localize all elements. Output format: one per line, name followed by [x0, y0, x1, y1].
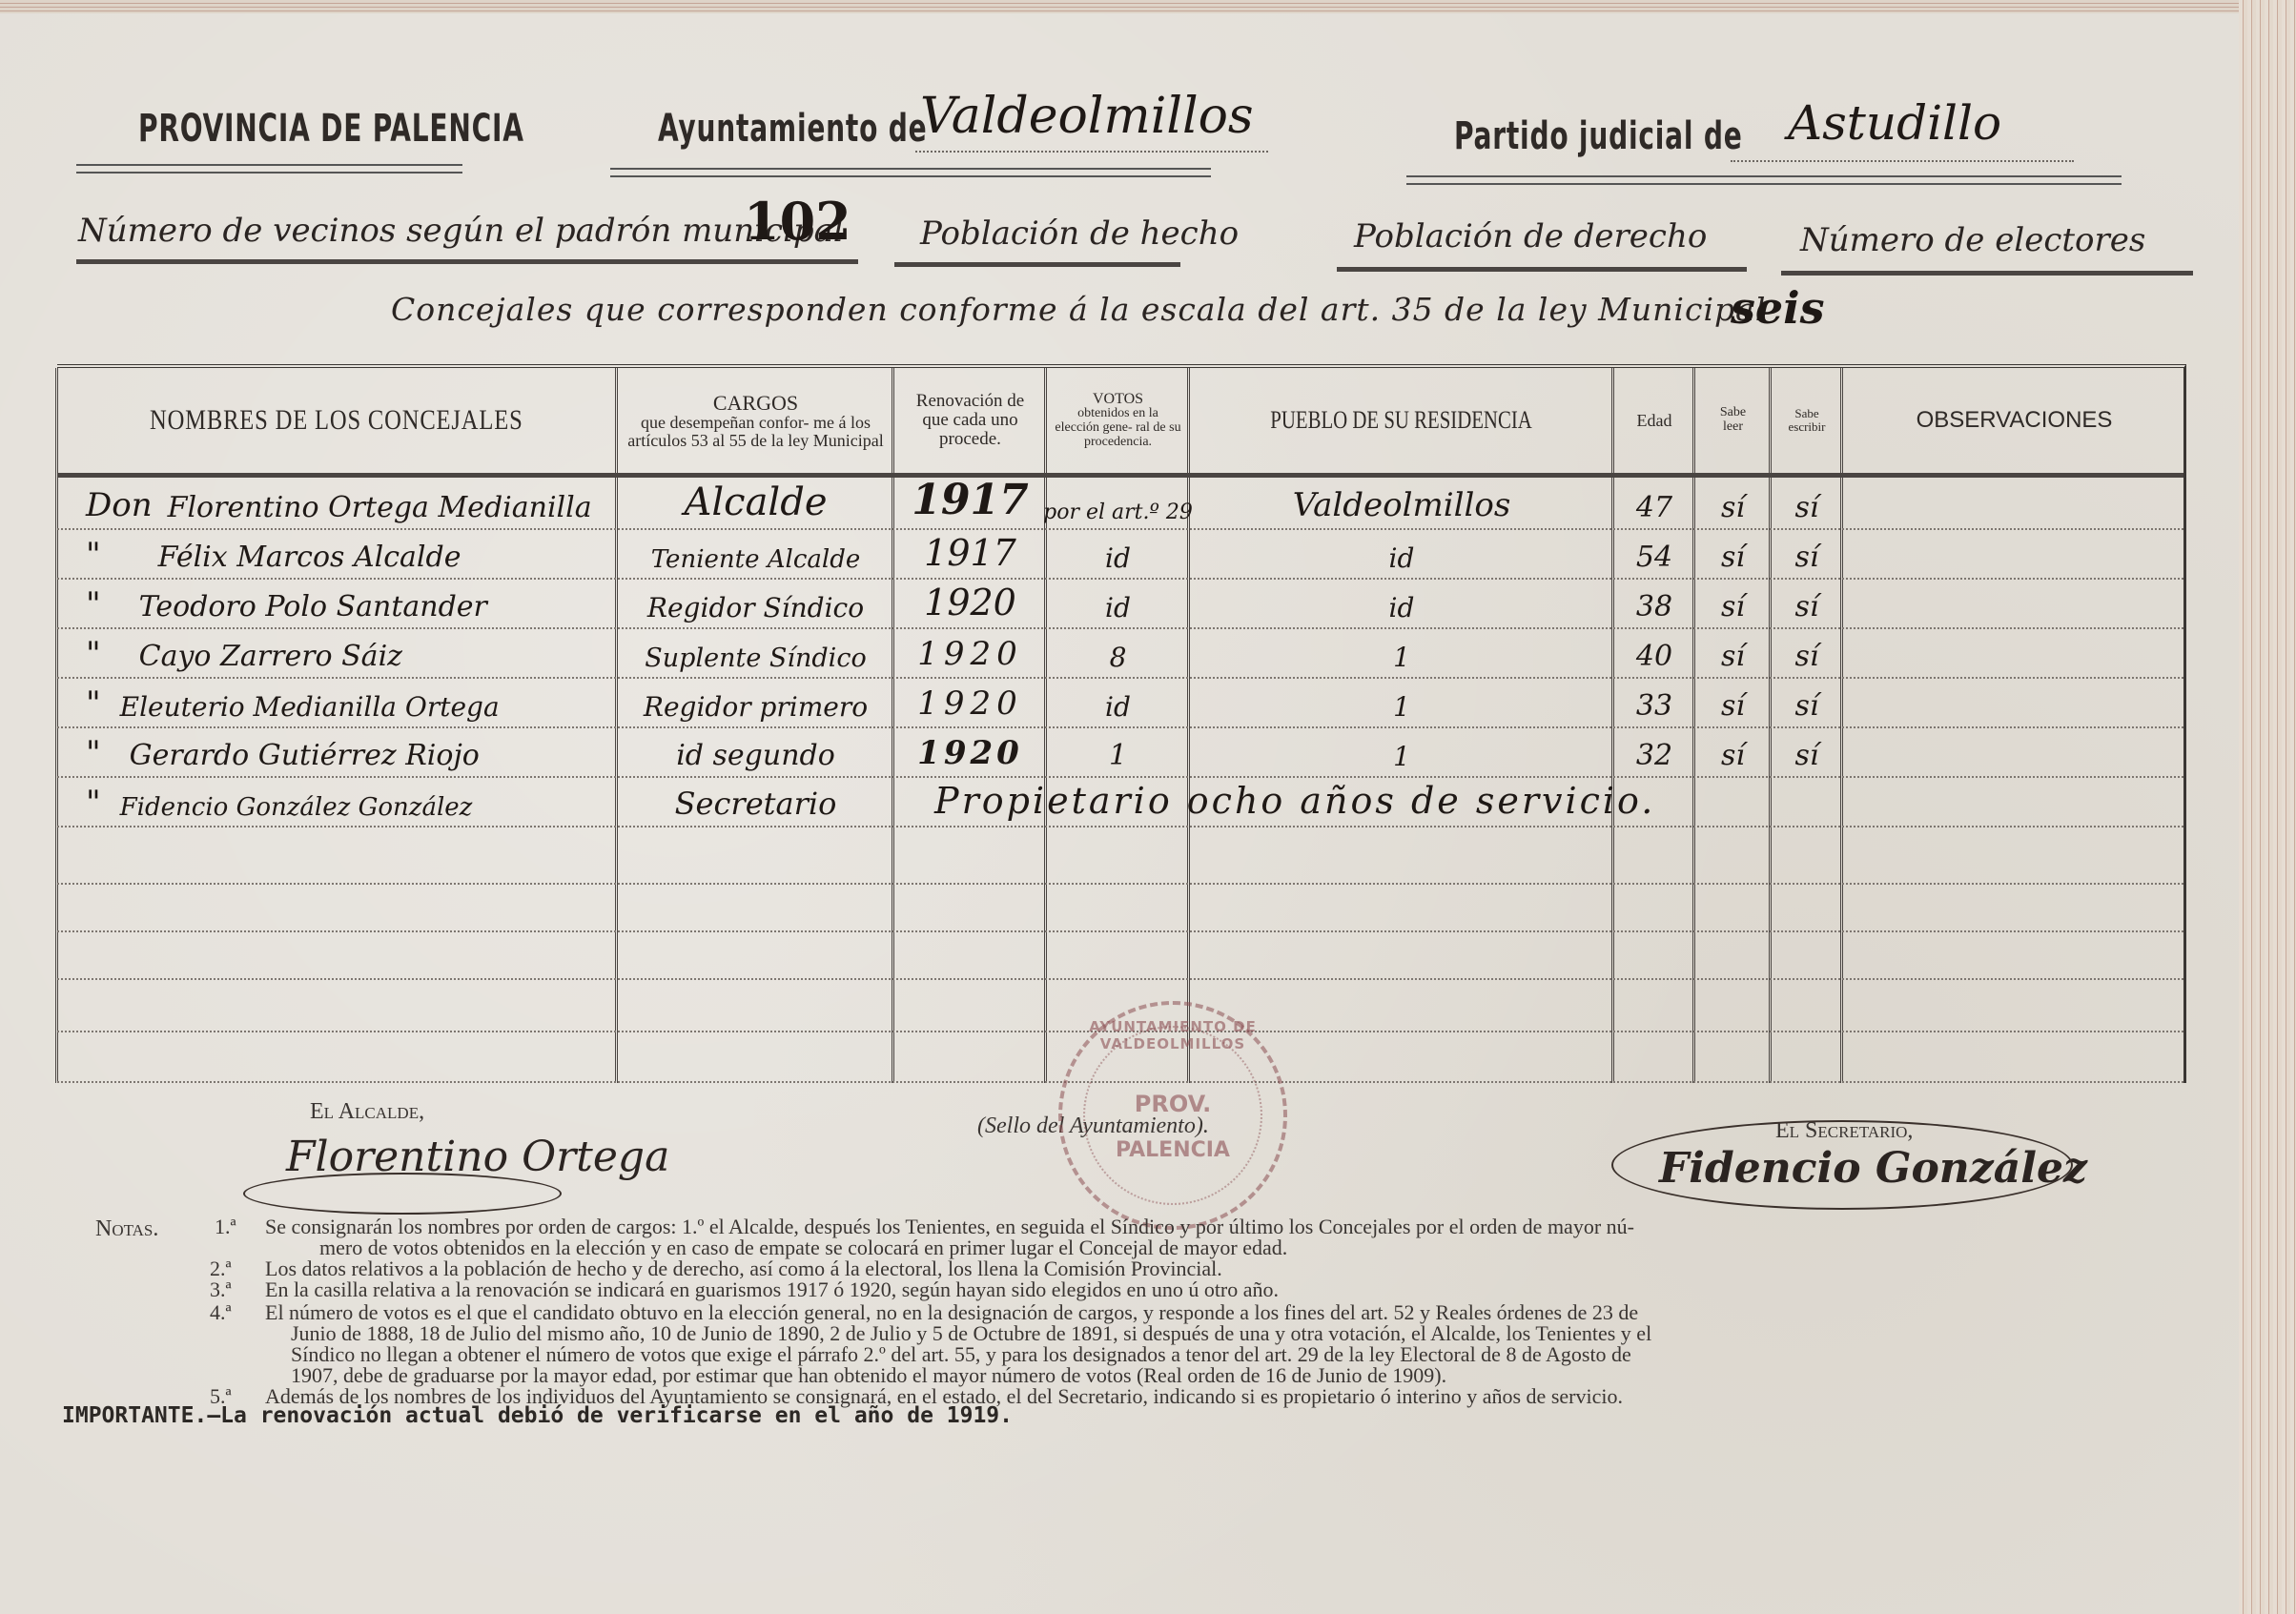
row-votos-text: por el art.º 29	[1043, 501, 1193, 524]
row-cargo: Regidor primero	[620, 681, 892, 726]
header-edad-text: Edad	[1637, 412, 1672, 430]
ayuntamiento-value: Valdeolmillos	[920, 88, 1254, 145]
row-observaciones	[1845, 681, 2183, 726]
header-rule	[894, 262, 1180, 267]
row-escribir-text: sí	[1795, 541, 1819, 574]
note-number: 1.ª	[215, 1216, 236, 1238]
header-edad: Edad	[1616, 368, 1692, 473]
header-renovacion: Renovación de que cada uno procede.	[896, 368, 1044, 473]
notes-label: Notas.	[95, 1217, 158, 1240]
row-renovacion-text: 1920	[917, 635, 1023, 673]
row-prefix: "	[86, 635, 101, 673]
ayuntamiento-label: Ayuntamiento de	[658, 107, 927, 151]
row-pueblo: Valdeolmillos	[1192, 482, 1611, 528]
stamp-text-center: PROV.	[1062, 1091, 1283, 1117]
row-name: Cayo Zarrero Sáiz	[139, 640, 402, 673]
row-dotted-rule	[57, 528, 2183, 530]
row-cargo-text: Regidor Síndico	[647, 592, 864, 623]
row-pueblo: 1	[1192, 681, 1611, 726]
row-name-cell: " Eleuterio Medianilla Ortega	[57, 681, 615, 726]
importante-note: IMPORTANTE.—La renovación actual debió d…	[62, 1404, 1013, 1427]
empty-row-rule	[57, 930, 2183, 932]
row-name-cell: " Fidencio González González	[57, 780, 615, 826]
row-cargo-text: Teniente Alcalde	[651, 545, 861, 574]
row-name: Gerardo Gutiérrez Riojo	[130, 739, 480, 772]
header-sabe-escribir-text: Sabe escribir	[1781, 407, 1833, 433]
header-sabe-escribir: Sabe escribir	[1773, 368, 1840, 473]
header-nombres-text: NOMBRES DE LOS CONCEJALES	[150, 405, 523, 436]
row-prefix: "	[86, 684, 101, 723]
row-prefix: "	[86, 784, 101, 822]
row-edad: 40	[1616, 631, 1692, 677]
table-row: " Cayo Zarrero Sáiz Suplente Síndico 192…	[57, 631, 2183, 677]
row-leer: sí	[1697, 532, 1769, 578]
header-cargos-title: CARGOS	[713, 392, 798, 414]
row-votos-text: 8	[1110, 642, 1127, 673]
row-pueblo: 1	[1192, 730, 1611, 776]
row-observaciones	[1845, 730, 2183, 776]
row-name-cell: " Félix Marcos Alcalde	[57, 532, 615, 578]
row-observaciones	[1845, 532, 2183, 578]
row-pueblo: 1	[1192, 631, 1611, 677]
row-name-cell: Don Florentino Ortega Medianilla	[57, 482, 615, 528]
header-renovacion-text: Renovación de que cada uno procede.	[906, 392, 1035, 449]
row-votos: 1	[1049, 730, 1187, 776]
row-escribir-text: sí	[1795, 689, 1819, 723]
row-escribir: sí	[1773, 482, 1840, 528]
row-renovacion: 1917	[896, 532, 1044, 578]
row-cargo: Alcalde	[620, 482, 892, 528]
row-renovacion: 1920	[896, 730, 1044, 776]
header-sabe-leer-text: Sabe leer	[1709, 406, 1757, 434]
vecinos-value: 102	[744, 191, 851, 252]
row-name-cell: " Cayo Zarrero Sáiz	[57, 631, 615, 677]
row-dotted-rule	[57, 627, 2183, 629]
row-votos-text: id	[1105, 592, 1131, 623]
row-renovacion-text: 1920	[917, 734, 1023, 772]
table-row: " Eleuterio Medianilla Ortega Regidor pr…	[57, 681, 2183, 726]
row-pueblo-text: 1	[1393, 691, 1410, 723]
header-rule	[1337, 267, 1747, 272]
row-observaciones	[1845, 631, 2183, 677]
book-edge-right	[2239, 0, 2296, 1614]
row-renovacion: 1920	[896, 631, 1044, 677]
row-renovacion: 1920	[896, 582, 1044, 627]
row-edad-text: 38	[1636, 590, 1672, 623]
row-leer-text: sí	[1721, 689, 1745, 723]
row-prefix: Don	[86, 486, 153, 524]
row-cargo: Secretario	[620, 780, 892, 826]
row-name: Teodoro Polo Santander	[139, 590, 487, 623]
row-cargo-text: Alcalde	[685, 480, 828, 524]
row-escribir: sí	[1773, 532, 1840, 578]
row-cargo: Suplente Síndico	[620, 631, 892, 677]
header-votos: VOTOS obtenidos en la elección gene- ral…	[1049, 368, 1187, 473]
row-name-cell: " Teodoro Polo Santander	[57, 582, 615, 627]
concejales-value: seis	[1731, 282, 1825, 334]
row-escribir: sí	[1773, 730, 1840, 776]
row-span-note-text: Propietario ocho años de servicio.	[934, 780, 1655, 822]
alcalde-label: El Alcalde,	[310, 1099, 424, 1125]
row-span-note: Propietario ocho años de servicio.	[934, 780, 1850, 826]
row-escribir-text: sí	[1795, 640, 1819, 673]
header-votos-title: VOTOS	[1093, 392, 1143, 408]
empty-row-rule	[57, 978, 2183, 980]
row-renovacion-text: 1917	[912, 476, 1028, 524]
electores-label: Número de electores	[1800, 221, 2145, 259]
row-votos: id	[1049, 532, 1187, 578]
row-pueblo: id	[1192, 532, 1611, 578]
row-leer: sí	[1697, 631, 1769, 677]
row-name: Fidencio González González	[120, 793, 473, 822]
vecinos-label: Número de vecinos según el padrón munici…	[78, 212, 844, 250]
header-nombres: NOMBRES DE LOS CONCEJALES	[57, 368, 615, 473]
header-observaciones: OBSERVACIONES	[1845, 368, 2183, 473]
row-leer-text: sí	[1721, 640, 1745, 673]
row-escribir: sí	[1773, 681, 1840, 726]
header-rule	[57, 473, 2183, 478]
row-renovacion: 1920	[896, 681, 1044, 726]
partido-value: Astudillo	[1788, 95, 2001, 151]
ayuntamiento-stamp: AYUNTAMIENTO DE VALDEOLMILLOS PROV. PALE…	[1058, 1001, 1287, 1230]
table-row: " Gerardo Gutiérrez Riojo id segundo 192…	[57, 730, 2183, 776]
row-prefix: "	[86, 536, 101, 574]
row-edad-text: 54	[1636, 541, 1672, 574]
row-name: Eleuterio Medianilla Ortega	[120, 691, 500, 723]
row-leer-text: sí	[1721, 739, 1745, 772]
empty-row-rule	[57, 883, 2183, 885]
row-edad-text: 47	[1636, 491, 1672, 524]
row-cargo-text: Secretario	[675, 786, 837, 822]
row-observaciones	[1845, 582, 2183, 627]
row-votos: por el art.º 29	[1049, 482, 1187, 528]
row-leer-text: sí	[1721, 590, 1745, 623]
note-text: En la casilla relativa a la renovación s…	[265, 1278, 1279, 1301]
header-votos-sub: obtenidos en la elección gene- ral de su…	[1049, 407, 1187, 449]
row-escribir-text: sí	[1795, 491, 1819, 524]
row-escribir: sí	[1773, 582, 1840, 627]
row-leer: sí	[1697, 482, 1769, 528]
row-edad: 33	[1616, 681, 1692, 726]
row-leer-text: sí	[1721, 541, 1745, 574]
row-votos-text: id	[1105, 542, 1131, 574]
row-votos-text: 1	[1109, 739, 1127, 772]
row-dotted-rule	[57, 677, 2183, 679]
row-observaciones	[1845, 482, 2183, 528]
row-leer: sí	[1697, 582, 1769, 627]
note-number: 4.ª	[210, 1301, 232, 1324]
header-rule	[76, 259, 858, 264]
header-rule	[610, 168, 1211, 177]
row-renovacion-text: 1920	[924, 582, 1016, 623]
row-dotted-rule	[57, 826, 2183, 827]
poblacion-derecho-label: Población de derecho	[1354, 217, 1707, 255]
row-escribir-text: sí	[1795, 590, 1819, 623]
row-pueblo-text: 1	[1393, 642, 1410, 673]
header-cargos-sub: que desempeñan confor- me á los artículo…	[620, 414, 892, 450]
province-title: PROVINCIA DE PALENCIA	[138, 107, 524, 151]
poblacion-hecho-label: Población de hecho	[920, 215, 1239, 253]
row-edad: 32	[1616, 730, 1692, 776]
row-prefix: "	[86, 585, 101, 623]
header-pueblo-text: PUEBLO DE SU RESIDENCIA	[1271, 407, 1532, 433]
row-escribir: sí	[1773, 631, 1840, 677]
row-leer: sí	[1697, 681, 1769, 726]
header-pueblo: PUEBLO DE SU RESIDENCIA	[1192, 368, 1611, 473]
row-cargo: id segundo	[620, 730, 892, 776]
row-renovacion-text: 1920	[917, 684, 1023, 723]
concejales-table: NOMBRES DE LOS CONCEJALES CARGOS que des…	[57, 364, 2186, 1083]
row-dotted-rule	[57, 776, 2183, 778]
partido-dots	[1731, 160, 2074, 162]
row-leer: sí	[1697, 730, 1769, 776]
row-cargo: Teniente Alcalde	[620, 532, 892, 578]
stamp-text-top: AYUNTAMIENTO DE VALDEOLMILLOS	[1062, 1018, 1283, 1052]
row-edad: 47	[1616, 482, 1692, 528]
row-pueblo-text: id	[1389, 592, 1415, 623]
row-name: Florentino Ortega Medianilla	[168, 491, 592, 524]
row-edad-text: 40	[1636, 640, 1672, 673]
row-prefix: "	[86, 734, 101, 772]
row-votos: id	[1049, 681, 1187, 726]
header-rule	[1781, 271, 2193, 276]
row-cargo-text: id segundo	[676, 739, 835, 772]
row-pueblo-text: id	[1389, 542, 1415, 574]
row-votos: id	[1049, 582, 1187, 627]
row-name-cell: " Gerardo Gutiérrez Riojo	[57, 730, 615, 776]
row-leer-text: sí	[1721, 491, 1745, 524]
table-row: " Fidencio González González Secretario …	[57, 780, 2183, 826]
header-observaciones-text: OBSERVACIONES	[1917, 408, 2113, 432]
ayuntamiento-dots	[915, 151, 1268, 153]
row-edad-text: 32	[1636, 739, 1672, 772]
row-edad-text: 33	[1636, 689, 1672, 723]
row-pueblo-text: Valdeolmillos	[1293, 486, 1511, 524]
table-row: Don Florentino Ortega Medianilla Alcalde…	[57, 482, 2183, 528]
row-pueblo: id	[1192, 582, 1611, 627]
book-edge-top	[0, 0, 2296, 13]
row-votos: 8	[1049, 631, 1187, 677]
row-dotted-rule	[57, 578, 2183, 580]
table-row: " Teodoro Polo Santander Regidor Síndico…	[57, 582, 2183, 627]
row-name: Félix Marcos Alcalde	[158, 541, 461, 574]
row-renovacion-text: 1917	[924, 532, 1016, 574]
header-sabe-leer: Sabe leer	[1697, 368, 1769, 473]
concejales-label: Concejales que corresponden conforme á l…	[391, 291, 1766, 328]
row-cargo: Regidor Síndico	[620, 582, 892, 627]
row-escribir-text: sí	[1795, 739, 1819, 772]
table-row: " Félix Marcos Alcalde Teniente Alcalde …	[57, 532, 2183, 578]
row-cargo-text: Regidor primero	[644, 691, 868, 723]
note-number: 3.ª	[210, 1278, 232, 1301]
row-votos-text: id	[1105, 691, 1131, 723]
header-cargos: CARGOS que desempeñan confor- me á los a…	[620, 368, 892, 473]
secretario-flourish	[1611, 1120, 2073, 1210]
row-edad: 38	[1616, 582, 1692, 627]
row-renovacion: 1917	[896, 482, 1044, 528]
row-dotted-rule	[57, 726, 2183, 728]
row-pueblo-text: 1	[1393, 741, 1410, 772]
row-edad: 54	[1616, 532, 1692, 578]
partido-label: Partido judicial de	[1454, 114, 1743, 158]
header-rule	[76, 164, 462, 174]
header-rule	[1406, 175, 2122, 185]
row-cargo-text: Suplente Síndico	[645, 644, 866, 673]
alcalde-flourish	[243, 1173, 562, 1215]
stamp-text-bottom: PALENCIA	[1062, 1138, 1283, 1162]
